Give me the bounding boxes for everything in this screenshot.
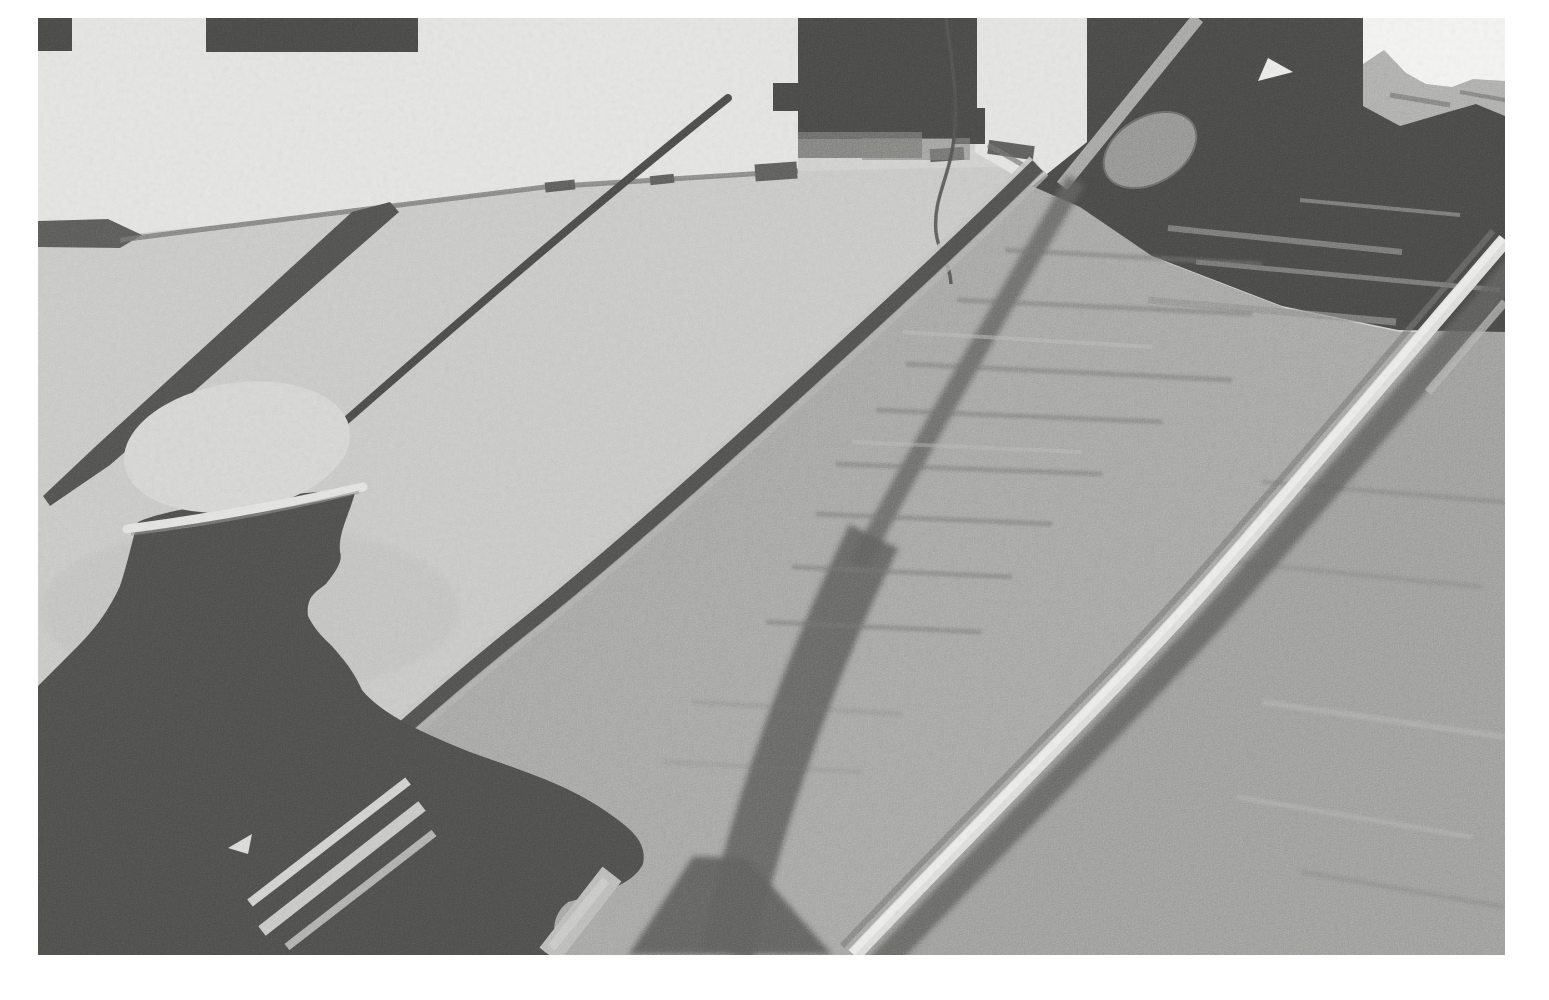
film-grain-blotch	[38, 18, 1505, 955]
photo-canvas: long inclined roof slope whitewashed bui…	[0, 0, 1549, 1000]
page-background: long inclined roof slope whitewashed bui…	[0, 0, 1549, 1000]
halftone-photo-figure: long inclined roof slope whitewashed bui…	[0, 0, 1549, 1000]
